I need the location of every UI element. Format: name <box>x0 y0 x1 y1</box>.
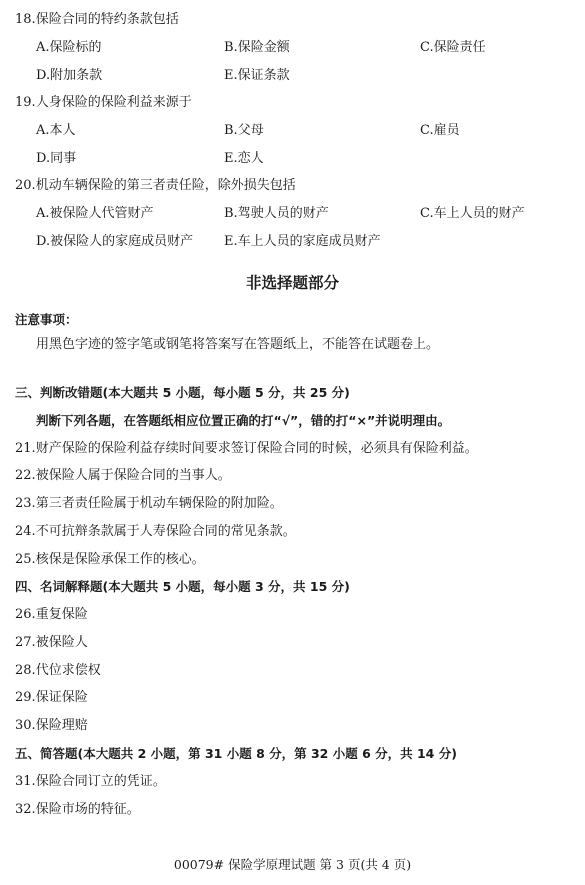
option-20-a: A.被保险人代管财产 <box>36 206 154 222</box>
question-21: 21.财产保险的保险利益存续时间要求签订保险合同的时候，必须具有保险利益。 <box>15 441 478 457</box>
option-20-d: D.被保险人的家庭成员财产 <box>36 234 193 250</box>
option-18-d: D.附加条款 <box>36 68 102 84</box>
option-18-b: B.保险金额 <box>224 40 290 56</box>
question-19: 19.人身保险的保险利益来源于 <box>15 95 192 111</box>
option-19-e: E.恋人 <box>224 151 264 167</box>
question-number: 19. <box>15 95 36 110</box>
question-22: 22.被保险人属于保险合同的当事人。 <box>15 468 231 484</box>
question-number: 18. <box>15 12 36 27</box>
option-18-c: C.保险责任 <box>420 40 486 56</box>
option-19-c: C.雇员 <box>420 123 460 139</box>
question-27: 27.被保险人 <box>15 635 88 651</box>
notice-heading: 注意事项： <box>15 312 78 328</box>
question-32: 32.保险市场的特征。 <box>15 802 140 818</box>
section-5-heading: 五、简答题(本大题共 2 小题，第 31 小题 8 分，第 32 小题 6 分，… <box>15 746 457 762</box>
question-stem: 保险合同的特约条款包括 <box>36 12 179 27</box>
question-31: 31.保险合同订立的凭证。 <box>15 774 166 790</box>
option-19-b: B.父母 <box>224 123 264 139</box>
question-23: 23.第三者责任险属于机动车辆保险的附加险。 <box>15 496 283 512</box>
question-number: 20. <box>15 178 36 193</box>
question-20: 20.机动车辆保险的第三者责任险，除外损失包括 <box>15 178 296 194</box>
question-30: 30.保险理赔 <box>15 718 88 734</box>
question-stem: 机动车辆保险的第三者责任险，除外损失包括 <box>36 178 296 193</box>
option-20-b: B.驾驶人员的财产 <box>224 206 329 222</box>
question-stem: 人身保险的保险利益来源于 <box>36 95 192 110</box>
option-20-e: E.车上人员的家庭成员财产 <box>224 234 381 250</box>
question-28: 28.代位求偿权 <box>15 663 101 679</box>
notice-text: 用黑色字迹的签字笔或钢笔将答案写在答题纸上，不能答在试题卷上。 <box>36 337 439 353</box>
section-3-instruction: 判断下列各题，在答题纸相应位置正确的打“√”，错的打“×”并说明理由。 <box>36 413 450 429</box>
option-19-d: D.同事 <box>36 151 76 167</box>
option-18-e: E.保证条款 <box>224 68 290 84</box>
question-29: 29.保证保险 <box>15 690 88 706</box>
option-19-a: A.本人 <box>36 123 76 139</box>
question-25: 25.核保是保险承保工作的核心。 <box>15 552 205 568</box>
page-footer: 00079# 保险学原理试题 第 3 页(共 4 页) <box>0 857 585 873</box>
question-26: 26.重复保险 <box>15 607 88 623</box>
question-24: 24.不可抗辩条款属于人寿保险合同的常见条款。 <box>15 524 296 540</box>
option-18-a: A.保险标的 <box>36 40 102 56</box>
question-18: 18.保险合同的特约条款包括 <box>15 12 179 28</box>
section-3-heading: 三、判断改错题(本大题共 5 小题，每小题 5 分，共 25 分) <box>15 385 350 401</box>
part-title: 非选择题部分 <box>0 273 585 293</box>
option-20-c: C.车上人员的财产 <box>420 206 525 222</box>
section-4-heading: 四、名词解释题(本大题共 5 小题，每小题 3 分，共 15 分) <box>15 579 350 595</box>
